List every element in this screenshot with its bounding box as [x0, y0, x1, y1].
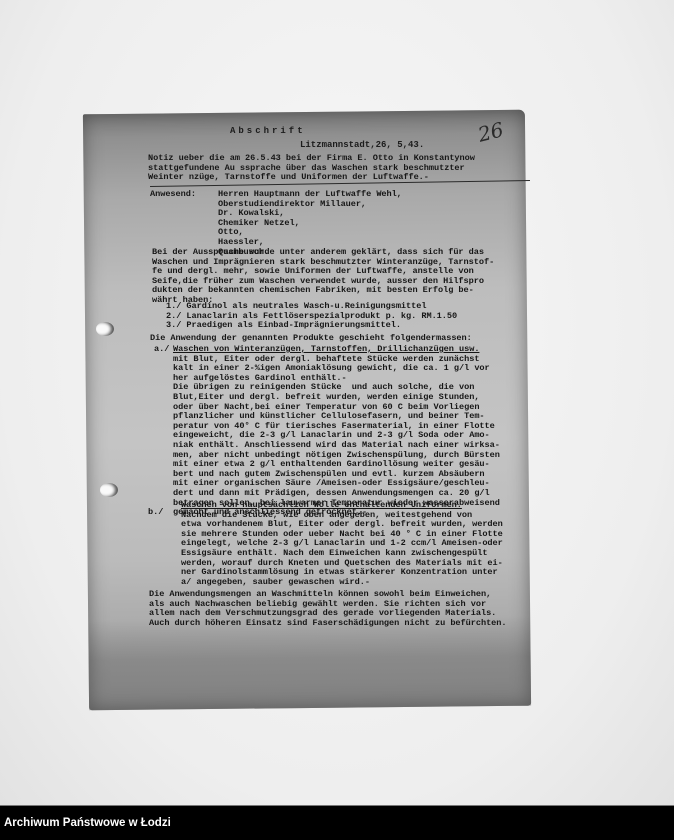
section-a: Waschen von Winteranzügen, Tarnstoffen, …: [173, 345, 500, 518]
section-a-body: mit Blut, Eiter oder dergl. behaftete St…: [173, 354, 500, 518]
closing-paragraph: Die Anwendungsmengen an Waschmitteln kön…: [149, 590, 507, 628]
punch-hole-lower: [100, 483, 118, 497]
paper-stain: [88, 616, 531, 711]
attendees-label: Anwesend:: [150, 190, 196, 200]
section-a-title: Waschen von Winteranzügen, Tarnstoffen, …: [173, 344, 479, 354]
paragraph-intro: Bei der Aussprache wurde unter anderem g…: [152, 248, 494, 306]
section-b-title: Waschen von hauptsächlich Wolle enthalte…: [181, 500, 462, 510]
section-b-label: b./: [148, 508, 163, 518]
section-b-body: Nachdem die Stücke, wie oben angegeben, …: [181, 510, 503, 587]
section-b: Waschen von hauptsächlich Wolle enthalte…: [181, 501, 503, 587]
archive-name: Archiwum Państwowe w Łodzi: [4, 817, 171, 829]
section-a-label: a./: [154, 345, 169, 355]
footer-bar: Archiwum Państwowe w Łodzi: [0, 806, 674, 840]
place-date: Litzmannstadt,26, 5,43.: [300, 140, 424, 150]
product-list: 1./ Gardinol als neutrales Wasch-u.Reini…: [166, 302, 457, 331]
punch-hole-upper: [96, 322, 114, 336]
document-heading: Abschrift: [230, 126, 306, 136]
usage-intro: Die Anwendung der genannten Produkte ges…: [150, 334, 472, 344]
notice-header: Notiz ueber die am 26.5.43 bei der Firma…: [148, 154, 475, 183]
